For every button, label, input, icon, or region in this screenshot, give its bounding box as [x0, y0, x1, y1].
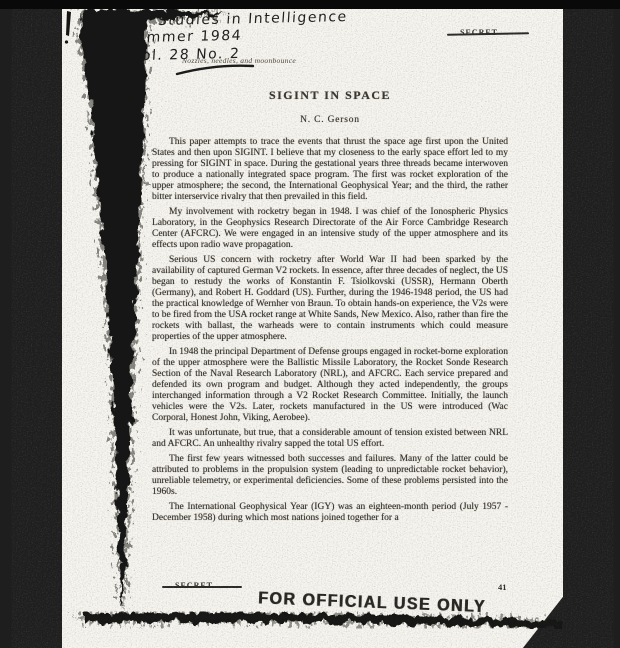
scan-border-top [0, 0, 620, 9]
handwritten-annotation: Studies in Intelligence [157, 9, 348, 29]
printed-subtitle-note: Nozzles, needles, and moonbounce [182, 56, 296, 65]
article-byline: N. C. Gerson [152, 115, 508, 125]
page-number: 41 [498, 582, 507, 592]
declassification-strike-line [162, 586, 242, 588]
paragraph: Serious US concern with rocketry after W… [152, 255, 508, 343]
article-title: SIGINT IN SPACE [152, 88, 508, 103]
paragraph: The International Geophysical Year (IGY)… [152, 502, 508, 524]
paragraph: It was unfortunate, but true, that a con… [152, 428, 508, 450]
handwritten-annotation: Summer 1984 [125, 28, 242, 46]
official-use-stamp: FOR OFFICIAL USE ONLY [258, 589, 475, 617]
paragraph: My involvement with rocketry began in 19… [152, 207, 508, 251]
document-page: Studies in Intelligence Summer 1984 Vol.… [62, 8, 563, 648]
paragraph: In 1948 the principal Department of Defe… [152, 347, 508, 424]
scanned-document-view: Studies in Intelligence Summer 1984 Vol.… [0, 0, 620, 648]
paragraph: The first few years witnessed both succe… [152, 454, 508, 498]
article-body: This paper attempts to trace the events … [152, 137, 508, 528]
paragraph: This paper attempts to trace the events … [152, 137, 508, 203]
